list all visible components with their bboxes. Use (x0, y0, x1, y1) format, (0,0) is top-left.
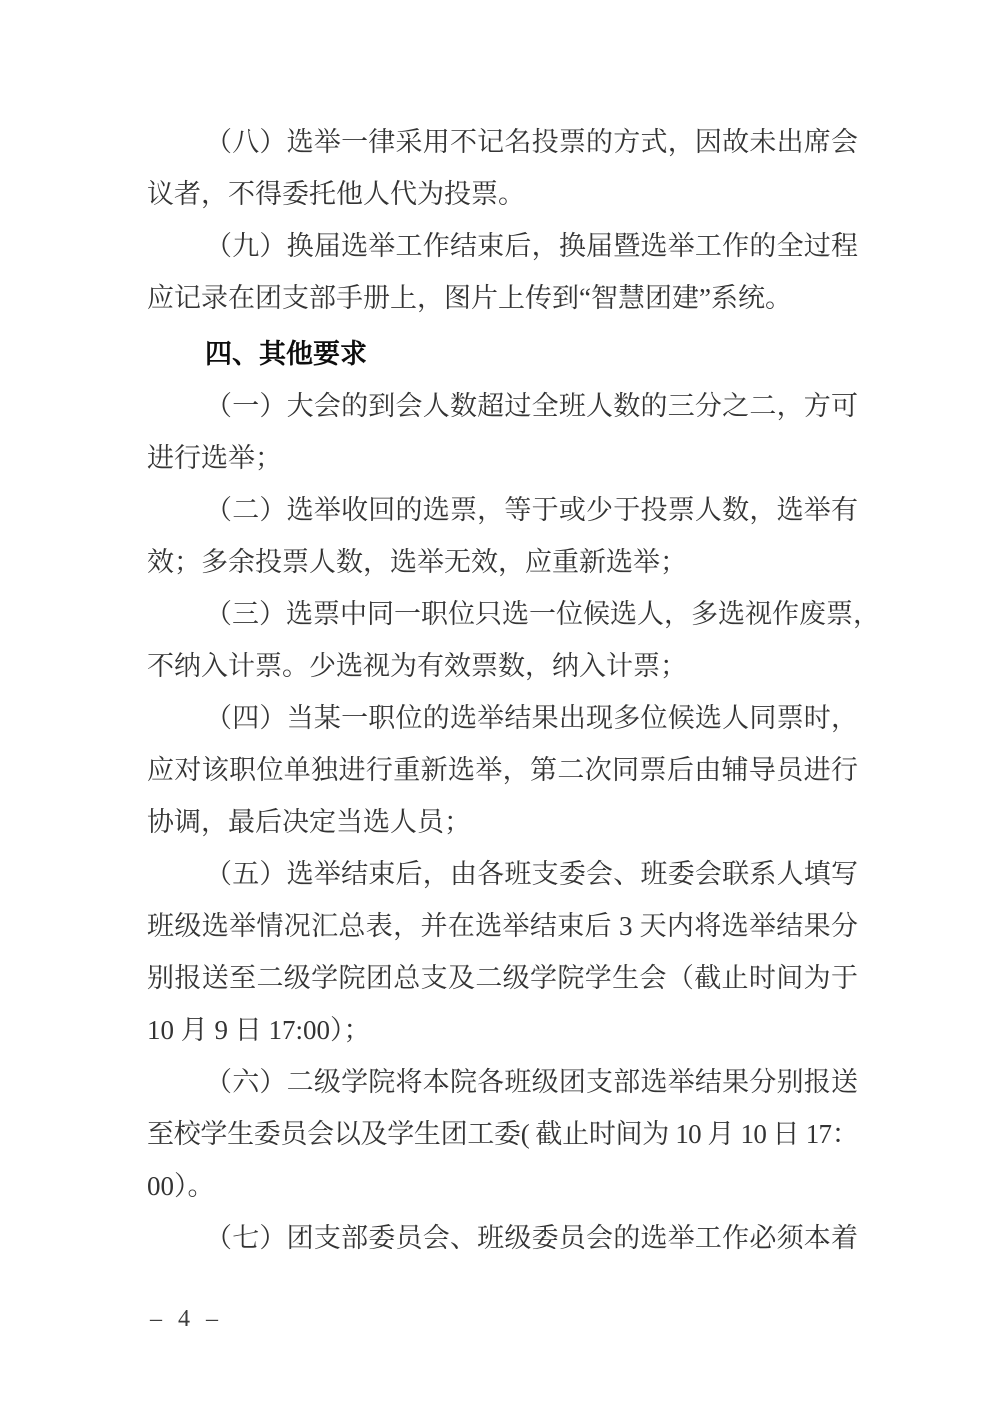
text-line: 应记录在团支部手册上，图片上传到“智慧团建”系统。 (147, 272, 858, 324)
text-line: （八）选举一律采用不记名投票的方式，因故未出席会 (147, 116, 858, 168)
text-line: （三）选票中同一职位只选一位候选人，多选视作废票， (147, 588, 858, 640)
text-line: （九）换届选举工作结束后，换届暨选举工作的全过程 (147, 220, 858, 272)
text-line: 协调，最后决定当选人员； (147, 796, 858, 848)
text-line: 进行选举； (147, 432, 858, 484)
text-line: 议者，不得委托他人代为投票。 (147, 168, 858, 220)
text-line: 至校学生委员会以及学生团工委( 截止时间为 10 月 10 日 17： (147, 1108, 858, 1160)
text-line: （二）选举收回的选票，等于或少于投票人数，选举有 (147, 484, 858, 536)
section-heading: 四、其他要求 (147, 328, 858, 380)
text-line: 10 月 9 日 17:00）； (147, 1004, 858, 1056)
text-line: （五）选举结束后，由各班支委会、班委会联系人填写 (147, 848, 858, 900)
text-line: 不纳入计票。少选视为有效票数，纳入计票； (147, 640, 858, 692)
text-line: （七）团支部委员会、班级委员会的选举工作必须本着 (147, 1212, 858, 1264)
page-number: – 4 – (150, 1306, 223, 1333)
text-line: 别报送至二级学院团总支及二级学院学生会（截止时间为于 (147, 952, 858, 1004)
text-line: 00）。 (147, 1160, 858, 1212)
text-line: 应对该职位单独进行重新选举，第二次同票后由辅导员进行 (147, 744, 858, 796)
text-line: 班级选举情况汇总表，并在选举结束后 3 天内将选举结果分 (147, 900, 858, 952)
text-line: （一）大会的到会人数超过全班人数的三分之二，方可 (147, 380, 858, 432)
text-line: 效；多余投票人数，选举无效，应重新选举； (147, 536, 858, 588)
text-line: （四）当某一职位的选举结果出现多位候选人同票时， (147, 692, 858, 744)
document-body: （八）选举一律采用不记名投票的方式，因故未出席会 议者，不得委托他人代为投票。 … (147, 116, 858, 1264)
scanned-document-page: （八）选举一律采用不记名投票的方式，因故未出席会 议者，不得委托他人代为投票。 … (0, 0, 1000, 1402)
text-line: （六）二级学院将本院各班级团支部选举结果分别报送 (147, 1056, 858, 1108)
